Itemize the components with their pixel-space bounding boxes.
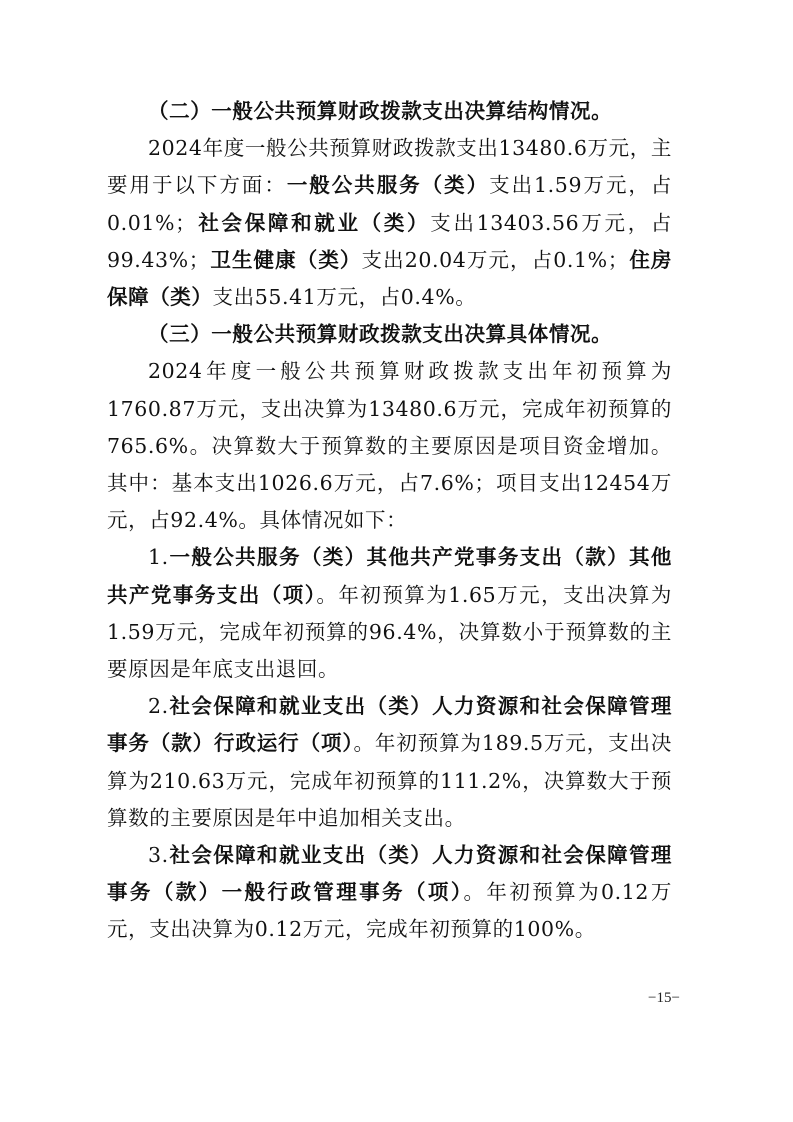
category-text: 支出20.04万元，占0.1%； bbox=[362, 248, 629, 272]
item-number: 2. bbox=[148, 694, 169, 718]
detail-item-2: 2.社会保障和就业支出（类）人力资源和社会保障管理事务（款）行政运行（项）。年初… bbox=[107, 688, 672, 837]
document-page: （二）一般公共预算财政拨款支出决算结构情况。 2024年度一般公共预算财政拨款支… bbox=[107, 93, 672, 949]
page-number: −15− bbox=[648, 990, 680, 1007]
category-label: 社会保障和就业（类） bbox=[196, 211, 430, 235]
item-number: 1. bbox=[148, 545, 169, 569]
detail-item-1: 1.一般公共服务（类）其他共产党事务支出（款）其他共产党事务支出（项）。年初预算… bbox=[107, 539, 672, 688]
section-2-heading: （二）一般公共预算财政拨款支出决算结构情况。 bbox=[107, 93, 672, 130]
section-3-intro: 2024年度一般公共预算财政拨款支出年初预算为1760.87万元，支出决算为13… bbox=[107, 353, 672, 539]
category-label: 一般公共服务（类） bbox=[287, 173, 489, 197]
category-label: 卫生健康（类） bbox=[210, 248, 362, 272]
section-3-heading: （三）一般公共预算财政拨款支出决算具体情况。 bbox=[107, 316, 672, 353]
item-number: 3. bbox=[148, 843, 169, 867]
detail-item-3: 3.社会保障和就业支出（类）人力资源和社会保障管理事务（款）一般行政管理事务（项… bbox=[107, 837, 672, 949]
category-text: 支出55.41万元，占0.4%。 bbox=[213, 285, 477, 309]
section-2-paragraph: 2024年度一般公共预算财政拨款支出13480.6万元，主要用于以下方面：一般公… bbox=[107, 130, 672, 316]
